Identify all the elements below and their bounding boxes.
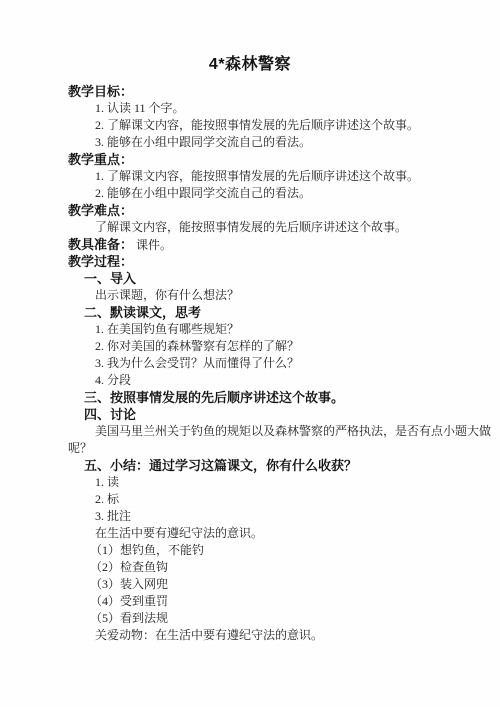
summary-item: 在生活中要有遵纪守法的意识。 — [95, 525, 448, 542]
section-heading-process: 教学过程： — [68, 253, 448, 270]
step-heading-4: 四、讨论 — [84, 406, 448, 423]
summary-item: 1. 读 — [95, 474, 448, 491]
section-heading-materials: 教具准备： — [68, 237, 133, 252]
summary-sub-item: （3）装入网兜 — [90, 576, 448, 593]
summary-sub-item: （4）受到重罚 — [90, 593, 448, 610]
step-item: 4. 分段 — [95, 372, 448, 389]
step-heading-5: 五、小结：通过学习这篇课文，你有什么收获？ — [84, 457, 448, 474]
section-heading-difficulties: 教学难点： — [68, 202, 448, 219]
difficulty-item: 了解课文内容，能按照事情发展的先后顺序讲述这个故事。 — [95, 219, 448, 236]
lesson-plan-page: 4*森林警察 教学目标： 1. 认读 11 个字。 2. 了解课文内容，能按照事… — [0, 0, 500, 707]
section-heading-key-points: 教学重点： — [68, 151, 448, 168]
step-heading-3: 三、按照事情发展的先后顺序讲述这个故事。 — [84, 389, 448, 406]
section-heading-objectives: 教学目标： — [68, 83, 448, 100]
doc-title: 4*森林警察 — [0, 0, 500, 77]
summary-sub-item: （5）看到法规 — [90, 610, 448, 627]
step-item: 出示课题，你有什么想法？ — [95, 287, 448, 304]
step-item: 3. 我为什么会受罚？从而懂得了什么？ — [95, 355, 448, 372]
summary-item: 3. 批注 — [95, 508, 448, 525]
objective-item: 1. 认读 11 个字。 — [95, 100, 448, 117]
discussion-paragraph-line: 美国马里兰州关于钓鱼的规矩以及森林警察的严格执法，是否有点小题大做 — [95, 423, 448, 440]
summary-item: 关爱动物：在生活中要有遵纪守法的意识。 — [95, 627, 448, 644]
step-heading-1: 一、导入 — [84, 270, 448, 287]
materials-line: 教具准备： 课件。 — [68, 236, 448, 253]
objective-item: 2. 了解课文内容，能按照事情发展的先后顺序讲述这个故事。 — [95, 117, 448, 134]
summary-sub-item: （2）检查鱼钩 — [90, 559, 448, 576]
key-point-item: 1. 了解课文内容，能按照事情发展的先后顺序讲述这个故事。 — [95, 168, 448, 185]
step-heading-2: 二、默读课文，思考 — [84, 304, 448, 321]
doc-body: 教学目标： 1. 认读 11 个字。 2. 了解课文内容，能按照事情发展的先后顺… — [68, 83, 448, 644]
objective-item: 3. 能够在小组中跟同学交流自己的看法。 — [95, 134, 448, 151]
discussion-paragraph-line: 呢？ — [68, 440, 448, 457]
materials-value: 课件。 — [136, 238, 172, 252]
key-point-item: 2. 能够在小组中跟同学交流自己的看法。 — [95, 185, 448, 202]
summary-item: 2. 标 — [95, 491, 448, 508]
step-item: 1. 在美国钓鱼有哪些规矩？ — [95, 321, 448, 338]
step-item: 2. 你对美国的森林警察有怎样的了解？ — [95, 338, 448, 355]
summary-sub-item: （1）想钓鱼，不能钓 — [90, 542, 448, 559]
